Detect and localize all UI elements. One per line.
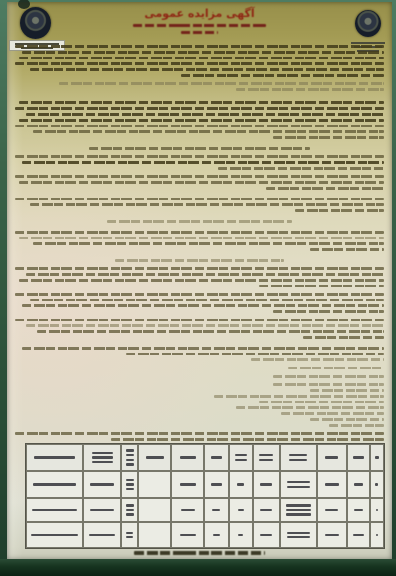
footer-organization-line [7, 551, 392, 555]
cell-text-smudge [146, 456, 163, 458]
cell-text-smudge [211, 456, 222, 458]
cell-text-smudge [376, 534, 379, 536]
text-line [259, 401, 384, 404]
cell-text-smudge [287, 536, 310, 538]
header-title-block: آگهی مزایده عمومی [77, 8, 322, 34]
table-header-row [26, 444, 384, 471]
right-organization-emblem-icon [355, 10, 381, 37]
cell-text-smudge [325, 483, 339, 485]
table-header-cell [121, 444, 138, 471]
table-header-cell [171, 444, 204, 471]
cell-text-smudge [92, 456, 113, 458]
cell-text-smudge [92, 461, 113, 463]
table-cell [280, 498, 317, 522]
text-line [89, 147, 310, 150]
table-cell [347, 522, 370, 548]
text-line [19, 279, 384, 282]
table-cell [280, 471, 317, 498]
text-line [126, 353, 384, 356]
cell-text-smudge [126, 463, 134, 465]
table-header-cell [204, 444, 228, 471]
cell-text-smudge [126, 509, 134, 511]
table-cell [229, 471, 253, 498]
text-line [22, 51, 384, 54]
table-cell [138, 471, 171, 498]
text-line [236, 406, 384, 409]
text-line [15, 45, 384, 48]
cell-text-smudge [376, 509, 379, 511]
table-cell [204, 522, 228, 548]
table-cell [317, 471, 347, 498]
table-header-cell [229, 444, 253, 471]
cell-text-smudge [325, 534, 339, 536]
text-line [218, 167, 384, 170]
text-line [26, 324, 384, 327]
cell-text-smudge [126, 504, 134, 506]
text-line [310, 248, 384, 251]
text-line [295, 209, 384, 212]
table-cell [121, 522, 138, 548]
cell-text-smudge [126, 449, 134, 451]
table-cell [83, 471, 121, 498]
table-cell [26, 522, 83, 548]
text-line [15, 125, 384, 128]
text-line [273, 136, 384, 139]
text-line [19, 181, 384, 184]
text-line [273, 310, 384, 313]
cell-text-smudge [90, 509, 114, 511]
text-line [15, 432, 384, 435]
table-header-cell [26, 444, 83, 471]
table-cell [204, 471, 228, 498]
table-cell [121, 498, 138, 522]
text-line [15, 107, 384, 110]
cell-text-smudge [235, 454, 247, 456]
table-cell [204, 498, 228, 522]
table-cell [83, 522, 121, 548]
text-line [15, 293, 384, 296]
table-row [26, 471, 384, 498]
text-line [15, 198, 384, 201]
subtitle-illegible-lines [77, 24, 322, 34]
cell-text-smudge [260, 534, 273, 536]
table-cell [229, 498, 253, 522]
table-cell [347, 498, 370, 522]
table-cell [253, 498, 280, 522]
text-line [30, 299, 384, 302]
table-cell [171, 498, 204, 522]
footer-illegible-text [134, 551, 265, 555]
table-cell [280, 522, 317, 548]
text-line [329, 424, 384, 427]
text-line [181, 74, 384, 77]
text-line [59, 82, 384, 85]
cell-text-smudge [89, 534, 115, 536]
cell-text-smudge [90, 483, 114, 485]
text-line [115, 259, 285, 262]
cell-text-smudge [375, 483, 378, 485]
cell-text-smudge [126, 513, 134, 515]
cell-text-smudge [180, 483, 196, 485]
cell-text-smudge [180, 534, 196, 536]
text-line [33, 130, 384, 133]
text-line [236, 88, 384, 91]
cell-text-smudge [354, 509, 363, 511]
table-cell [229, 522, 253, 548]
table-cell [83, 498, 121, 522]
text-line [107, 220, 292, 223]
cell-text-smudge [354, 483, 364, 485]
text-line [30, 203, 384, 206]
cell-text-smudge [325, 509, 338, 511]
text-line [310, 389, 384, 392]
text-line [214, 395, 384, 398]
poster-paper: آگهی مزایده عمومی [7, 2, 392, 560]
table-header-cell [83, 444, 121, 471]
cell-text-smudge [180, 456, 196, 458]
cell-text-smudge [238, 534, 243, 536]
text-line [26, 113, 384, 116]
subtitle-text-line [133, 24, 265, 27]
table-header-cell [280, 444, 317, 471]
table-cell [253, 522, 280, 548]
text-line [15, 175, 384, 178]
text-line [288, 367, 384, 370]
cell-text-smudge [260, 483, 273, 485]
cell-text-smudge [235, 459, 247, 461]
cell-text-smudge [375, 456, 379, 458]
text-line [15, 267, 384, 270]
table-cell [26, 471, 83, 498]
table-row [26, 498, 384, 522]
table-header-cell [347, 444, 370, 471]
table-cell [138, 498, 171, 522]
cell-text-smudge [34, 456, 75, 458]
text-line [251, 358, 384, 361]
text-line [259, 285, 384, 288]
table-cell [138, 522, 171, 548]
cell-text-smudge [238, 509, 244, 511]
cell-text-smudge [181, 509, 196, 511]
text-line [22, 347, 384, 350]
table-cell [370, 471, 384, 498]
body-text-illegible-paragraphs [15, 45, 384, 450]
cell-text-smudge [212, 509, 220, 511]
table-cell [121, 471, 138, 498]
cell-text-smudge [126, 459, 134, 461]
text-line [15, 231, 384, 234]
text-line [273, 383, 384, 386]
cell-text-smudge [126, 488, 134, 490]
text-line [15, 62, 384, 65]
table-cell [26, 498, 83, 522]
table-cell [370, 498, 384, 522]
text-line [111, 438, 384, 441]
cell-text-smudge [286, 513, 311, 515]
cell-text-smudge [259, 459, 273, 461]
text-line [266, 187, 384, 190]
text-line [15, 319, 384, 322]
table-cell [171, 471, 204, 498]
text-line [22, 304, 384, 307]
table-header-cell [138, 444, 171, 471]
table-row [26, 522, 384, 548]
cell-text-smudge [287, 481, 310, 483]
page-title: آگهی مزایده عمومی [77, 8, 322, 20]
text-line [281, 412, 384, 415]
table-header-cell [370, 444, 384, 471]
table-cell [347, 471, 370, 498]
bottom-frame-band [0, 559, 396, 576]
text-line [33, 242, 384, 245]
text-line [22, 161, 384, 164]
cell-text-smudge [126, 479, 134, 481]
cell-text-smudge [33, 483, 76, 485]
cell-text-smudge [325, 456, 338, 458]
cell-text-smudge [126, 536, 133, 538]
cell-text-smudge [213, 534, 220, 536]
text-line [37, 330, 384, 333]
text-line [273, 375, 384, 378]
auction-items-table [25, 443, 385, 549]
cell-text-smudge [287, 532, 310, 534]
text-line [19, 57, 384, 60]
scanned-auction-poster-photo: آگهی مزایده عمومی [0, 0, 396, 576]
cell-text-smudge [289, 459, 307, 461]
cell-text-smudge [126, 454, 134, 456]
text-line [26, 273, 384, 276]
table-cell [171, 522, 204, 548]
table-cell [253, 471, 280, 498]
text-line [19, 119, 384, 122]
caption-bar [351, 42, 385, 44]
text-line [19, 101, 384, 104]
cell-text-smudge [259, 454, 273, 456]
text-line [30, 68, 384, 71]
cell-text-smudge [211, 483, 222, 485]
cell-text-smudge [92, 452, 113, 454]
table-cell [317, 522, 347, 548]
cell-text-smudge [237, 483, 244, 485]
cell-text-smudge [32, 509, 77, 511]
text-line [310, 418, 384, 421]
cell-text-smudge [126, 532, 133, 534]
cell-text-smudge [286, 504, 311, 506]
cell-text-smudge [289, 454, 307, 456]
cell-text-smudge [31, 534, 79, 536]
cell-text-smudge [126, 483, 134, 485]
subtitle-text-line [181, 31, 218, 34]
cell-text-smudge [353, 456, 363, 458]
text-line [15, 155, 384, 158]
table-cell [370, 522, 384, 548]
text-line [303, 336, 384, 339]
cell-text-smudge [353, 534, 363, 536]
cell-text-smudge [287, 486, 310, 488]
cell-text-smudge [286, 509, 311, 511]
table-cell [317, 498, 347, 522]
cell-text-smudge [260, 509, 272, 511]
left-organization-emblem-icon [20, 7, 51, 39]
text-line [19, 237, 384, 240]
table-header-cell [317, 444, 347, 471]
table-header-cell [253, 444, 280, 471]
